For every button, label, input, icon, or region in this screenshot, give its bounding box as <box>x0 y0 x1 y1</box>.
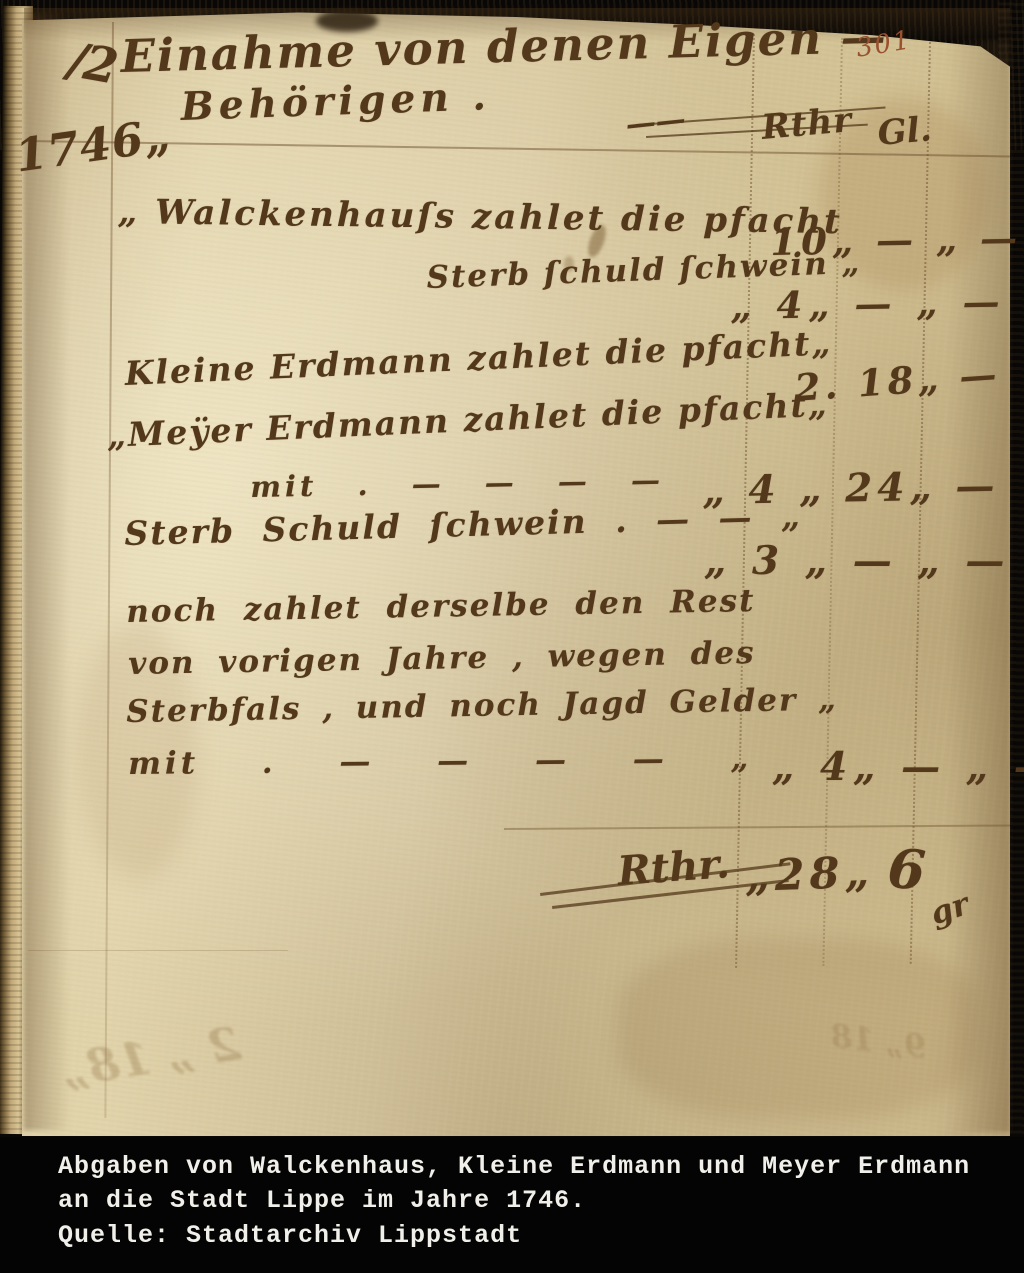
entry-amount: „ 3 „ — „ — <box>704 538 1010 584</box>
column-header-gl: Gl. <box>876 109 933 154</box>
caption-line-3: Quelle: Stadtarchiv Lippstadt <box>58 1221 522 1250</box>
entry-amount: „ 4„ — „ — <box>772 744 1024 790</box>
column-header-rthr: Rthr <box>760 100 854 148</box>
caption-line-2: an die Stadt Lippe im Jahre 1746. <box>58 1186 586 1215</box>
header-dash: —— <box>624 102 687 143</box>
entry-text: mit . — — — — <box>250 463 664 504</box>
total-groschen: 6 <box>886 836 928 902</box>
archival-photo: /2 Einahme von denen Eigen — Behörigen .… <box>0 0 1024 1273</box>
entry-text: mit . — — — — „ <box>128 741 753 782</box>
total-label: Rthr. <box>616 840 731 895</box>
caption-line-1: Abgaben von Walckenhaus, Kleine Erdmann … <box>58 1152 970 1181</box>
entry-amount: „ 4„ — „ — <box>730 279 1006 328</box>
margin-mark: /2 <box>64 32 120 95</box>
caption-bar: Abgaben von Walckenhaus, Kleine Erdmann … <box>0 1137 1024 1273</box>
total-amount: „28„ <box>744 847 875 901</box>
